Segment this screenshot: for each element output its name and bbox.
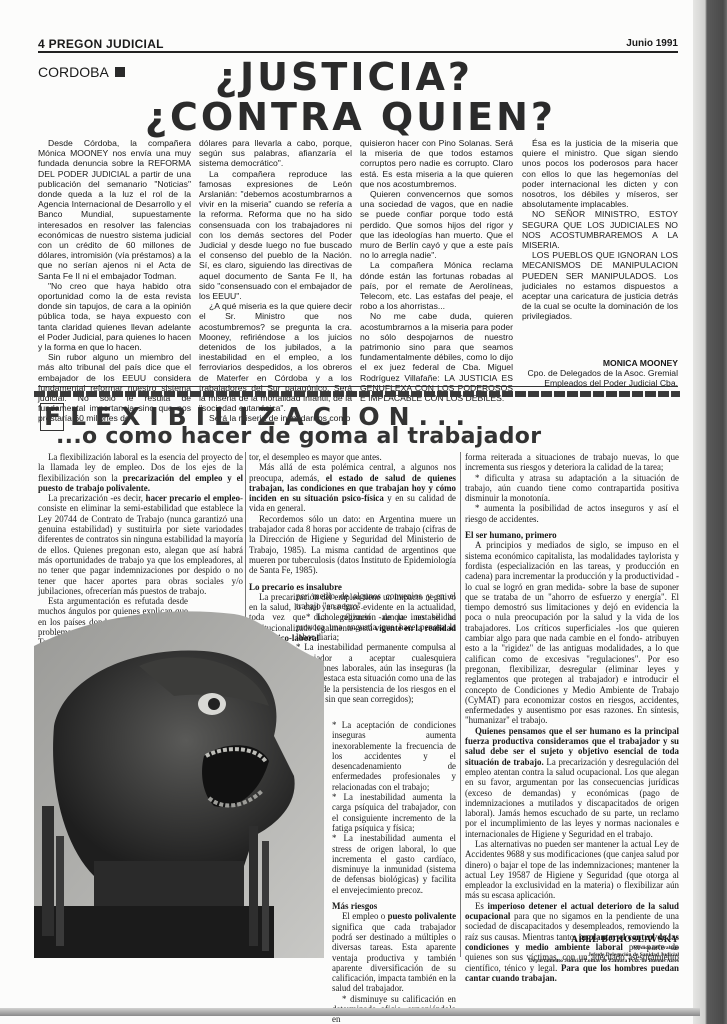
article2-column-2-narrow: * La aceptación de condiciones inseguras… <box>332 720 456 1024</box>
section-label: CORDOBA <box>38 64 125 80</box>
page-spine-shadow <box>693 0 727 1024</box>
article2-signature: ABEL BOHOSLAVSKY Médico del Trabajo Jefe… <box>465 935 679 965</box>
article1-column-1: Desde Córdoba, la compañera Mónica MOONE… <box>38 138 191 424</box>
article2-subtitle: ...o como hacer de goma al trabajador <box>56 424 541 449</box>
author-name: ABEL BOHOSLAVSKY <box>465 935 679 945</box>
square-bullet-icon <box>115 67 125 77</box>
publication-name: 4 PREGON JUDICIAL <box>38 37 164 51</box>
subheading: Más riesgos <box>332 901 456 911</box>
author-name: MONICA MOONEY <box>522 358 678 368</box>
subheading: El ser humano, primero <box>465 530 679 540</box>
column-rule <box>245 452 246 622</box>
article1-column-2: dólares para llevarla a cabo, porque, se… <box>199 138 352 424</box>
article1-column-3: quisieron hacer con Pino Solanas. Será l… <box>360 138 513 403</box>
article1-signature: MONICA MOONEY Cpo. de Delegados de la As… <box>522 358 678 389</box>
newspaper-page: 4 PREGON JUDICIAL Junio 1991 CORDOBA ¿JU… <box>0 0 700 1010</box>
headline-line2: ¿CONTRA QUIEN? <box>145 95 556 139</box>
running-header: 4 PREGON JUDICIAL Junio 1991 <box>38 37 678 53</box>
column-rule <box>460 452 461 957</box>
divider <box>38 386 678 387</box>
article1-column-4: Ésa es la justicia de la miseria que qui… <box>522 138 678 322</box>
headline-line1: ¿JUSTICIA? <box>215 55 473 99</box>
dashed-divider <box>34 391 680 397</box>
article2-column-3: forma reiterada a situaciones de trabajo… <box>465 452 679 983</box>
sculpture-photo <box>34 606 324 958</box>
issue-date: Junio 1991 <box>626 38 678 49</box>
page-bottom-edge <box>0 1008 700 1016</box>
sculpture-photo-icon <box>34 606 324 958</box>
